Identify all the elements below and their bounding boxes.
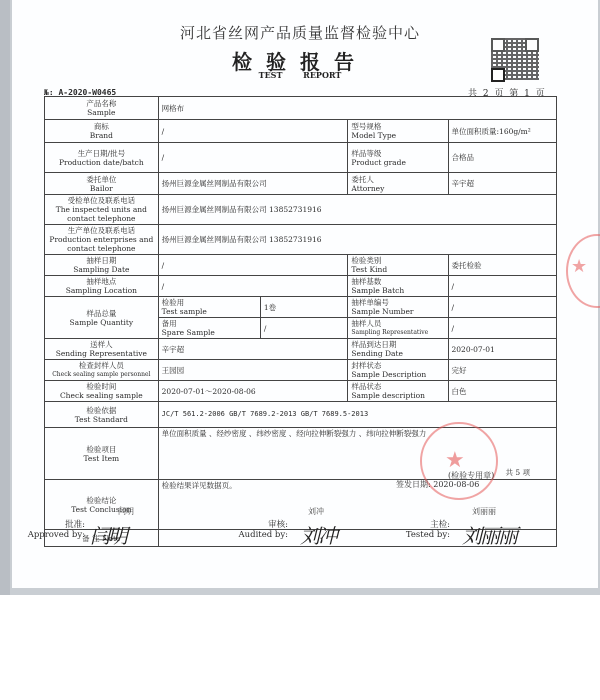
label-cell: 封样状态Sample Description — [348, 360, 448, 381]
sample-value: 网格布 — [158, 97, 556, 120]
label-cell: 型号规格Model Type — [348, 120, 448, 143]
qr-code-marker — [491, 68, 505, 82]
seal-desc-value: 完好 — [448, 360, 556, 381]
label-cell: 样品等级Product grade — [348, 143, 448, 173]
test-item-value: 单位面积质量 、经纱密度 、纬纱密度 、经向拉伸断裂强力 、纬向拉伸断裂强力 — [162, 429, 553, 438]
label-cell: 抽样日期Sampling Date — [45, 255, 159, 276]
label-cell: 检验依据Test Standard — [45, 402, 159, 428]
sampling-date-value: / — [158, 255, 348, 276]
sampling-location-value: / — [158, 276, 348, 297]
bailor-value: 扬州巨源金属丝网制品有限公司 — [158, 173, 348, 195]
sampling-rep-value: / — [448, 318, 556, 339]
label-cell: 生产单位及联系电话Production enterprises and cont… — [45, 225, 159, 255]
tester-name: 刘丽丽 — [472, 506, 496, 517]
table-row: 样品总量Sample Quantity 检验用Test sample 1卷 抽样… — [45, 297, 557, 318]
test-standard-value: JC/T 561.2-2006 GB/T 7689.2-2013 GB/T 76… — [158, 402, 556, 428]
model-value: 单位面积质量:160g/m² — [448, 120, 556, 143]
label-cell: 商标Brand — [45, 120, 159, 143]
label-cell: 受检单位及联系电话The inspected units and contact… — [45, 195, 159, 225]
tested-label: 主检:Tested by: — [380, 520, 450, 540]
label-cell: 生产日期/批号Production date/batch — [45, 143, 159, 173]
label-cell: 检验时间Check sealing sample — [45, 381, 159, 402]
label-cell: 样品总量Sample Quantity — [45, 297, 159, 339]
label-cell: 抽样地点Sampling Location — [45, 276, 159, 297]
inspected-units-value: 扬州巨源金属丝网制品有限公司 13852731916 — [158, 195, 556, 225]
label-cell: 样品状态Sample description — [348, 381, 448, 402]
table-row: 检验时间Check sealing sample 2020-07-01～2020… — [45, 381, 557, 402]
auditor-signature: 刘冲 — [300, 520, 336, 549]
sample-desc-value: 白色 — [448, 381, 556, 402]
grade-value: 合格品 — [448, 143, 556, 173]
label-cell: 检查封样人员Check sealing sample personnel — [45, 360, 159, 381]
approved-label: 批准:Approved by: — [10, 520, 85, 540]
spare-sample-value: / — [260, 318, 348, 339]
label-cell: 检验类别Test Kind — [348, 255, 448, 276]
table-row: 抽样日期Sampling Date / 检验类别Test Kind 委托检验 — [45, 255, 557, 276]
table-row: 商标Brand / 型号规格Model Type 单位面积质量:160g/m² — [45, 120, 557, 143]
audited-label: 审核:Audited by: — [200, 520, 288, 540]
label-cell: 样品到达日期Sending Date — [348, 339, 448, 360]
label-cell: 备用Spare Sample — [158, 318, 260, 339]
label-cell: 产品名称Sample — [45, 97, 159, 120]
table-row: 委托单位Bailor 扬州巨源金属丝网制品有限公司 委托人Attorney 辛宇… — [45, 173, 557, 195]
table-row: 受检单位及联系电话The inspected units and contact… — [45, 195, 557, 225]
production-date-value: / — [158, 143, 348, 173]
sending-date-value: 2020-07-01 — [448, 339, 556, 360]
label-cell: 抽样基数Sample Batch — [348, 276, 448, 297]
approver-name: 闫明 — [118, 506, 134, 517]
table-row: 检验依据Test Standard JC/T 561.2-2006 GB/T 7… — [45, 402, 557, 428]
table-row: 产品名称Sample 网格布 — [45, 97, 557, 120]
table-row: 检查封样人员Check sealing sample personnel 王园园… — [45, 360, 557, 381]
label-cell: 委托人Attorney — [348, 173, 448, 195]
sample-number-value: / — [448, 297, 556, 318]
label-cell: 抽样人员Sampling Representative — [348, 318, 448, 339]
tester-signature: 刘丽丽 — [462, 520, 516, 549]
approver-signature: 闫明 — [90, 520, 126, 549]
test-item-count: 共 5 项 — [505, 468, 530, 477]
sealing-personnel-value: 王园园 — [158, 360, 348, 381]
table-row: 生产日期/批号Production date/batch / 样品等级Produ… — [45, 143, 557, 173]
label-cell: 抽样单编号Sample Number — [348, 297, 448, 318]
test-kind-value: 委托检验 — [448, 255, 556, 276]
signature-row: 闫明 批准:Approved by: 闫明 刘冲 审核:Audited by: … — [0, 506, 600, 546]
check-time-value: 2020-07-01～2020-08-06 — [158, 381, 348, 402]
brand-value: / — [158, 120, 348, 143]
table-row: 生产单位及联系电话Production enterprises and cont… — [45, 225, 557, 255]
auditor-name: 刘冲 — [308, 506, 324, 517]
label-cell: 委托单位Bailor — [45, 173, 159, 195]
production-enterprise-value: 扬州巨源金属丝网制品有限公司 13852731916 — [158, 225, 556, 255]
label-cell: 送样人Sending Representative — [45, 339, 159, 360]
sample-batch-value: / — [448, 276, 556, 297]
table-row: 送样人Sending Representative 辛宇超 样品到达日期Send… — [45, 339, 557, 360]
test-sample-value: 1卷 — [260, 297, 348, 318]
issue-date: 签发日期: 2020-08-06 — [396, 479, 479, 490]
label-cell: 检验项目Test Item — [45, 428, 159, 480]
sending-rep-value: 辛宇超 — [158, 339, 348, 360]
attorney-value: 辛宇超 — [448, 173, 556, 195]
label-cell: 检验用Test sample — [158, 297, 260, 318]
table-row: 抽样地点Sampling Location / 抽样基数Sample Batch… — [45, 276, 557, 297]
seal-star-icon: ★ — [571, 256, 587, 277]
